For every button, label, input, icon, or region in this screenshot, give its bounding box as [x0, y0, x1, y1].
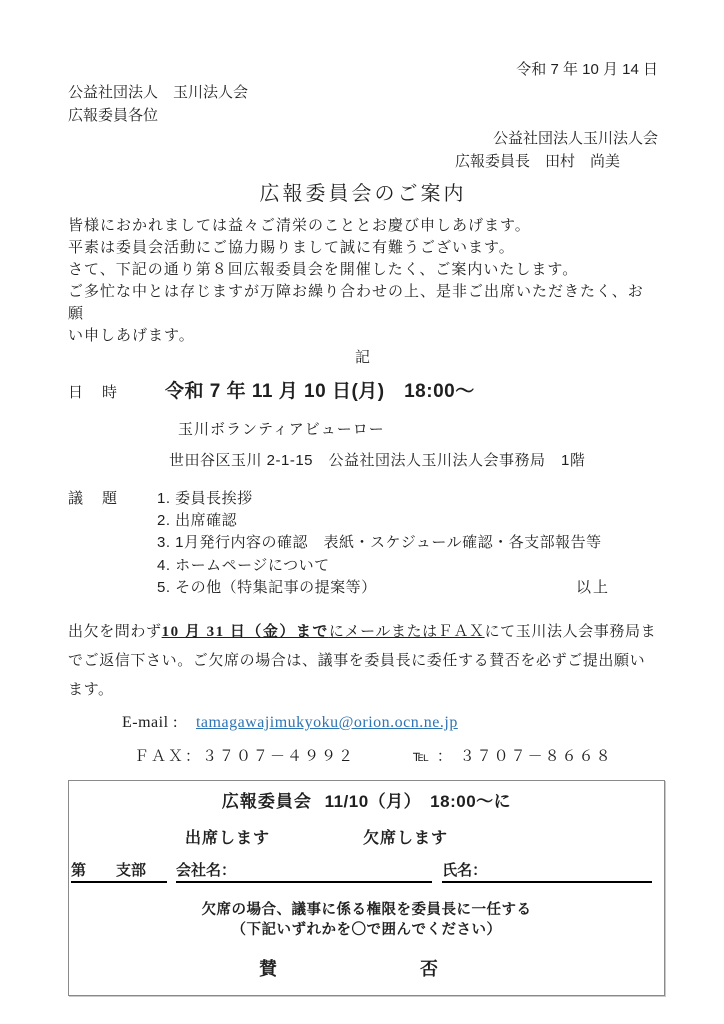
- agenda-item-last: 5. その他（特集記事の提案等） 以上: [157, 577, 658, 599]
- absent-option: 欠席します: [363, 827, 448, 851]
- fax-tel-row: ＦＡＸ：３７０７－４９９２ ℡ ： ３７０７－８６６８: [134, 745, 658, 769]
- person-name-field: 氏名：: [442, 860, 652, 883]
- datetime-row: 日 時 令和 7 年 11 月 10 日(月) 18:00～: [68, 376, 658, 403]
- branch-prefix: 第: [71, 860, 86, 881]
- email-row: E-mail : tamagawajimukyoku@orion.ocn.ne.…: [122, 708, 658, 738]
- agenda-label: 議 題: [68, 488, 157, 599]
- fax-number: ＦＡＸ：３７０７－４９９２: [134, 745, 355, 769]
- greeting-line: 平素は委員会活動にご協力賜りまして誠に有難うございます。: [68, 237, 658, 259]
- attendance-options: 出席します 欠席します: [69, 827, 664, 851]
- rsvp-deadline: 10 月 31 日（金）まで: [162, 624, 329, 640]
- sender-organization: 公益社団法人玉川法人会: [68, 127, 658, 150]
- branch-field: 第 支部: [71, 860, 167, 883]
- addressee: 広報委員各位: [68, 104, 658, 127]
- email-link[interactable]: tamagawajimukyoku@orion.ocn.ne.jp: [196, 714, 458, 731]
- greeting-line: い申しあげます。: [68, 325, 658, 347]
- datetime-label: 日 時: [68, 381, 165, 402]
- venue-name: 玉川ボランティアビューロー: [178, 419, 658, 441]
- sender-title: 広報委員長 田村 尚美: [68, 150, 658, 173]
- datetime-value: 令和 7 年 11 月 10 日(月) 18:00～: [165, 376, 475, 403]
- agenda-list: 1. 委員長挨拶 2. 出席確認 3. 1月発行内容の確認 表紙・スケジュール確…: [157, 488, 658, 599]
- attend-option: 出席します: [185, 827, 270, 851]
- agenda-item: 5. その他（特集記事の提案等）: [157, 577, 377, 599]
- proxy-statement: 欠席の場合、議事に係る権限を委員長に一任する: [69, 900, 664, 920]
- document-date: 令和 7 年 10 月 14 日: [68, 58, 658, 81]
- email-label: E-mail :: [122, 714, 178, 731]
- greeting-paragraph: 皆様におかれましては益々ご清栄のこととお慶び申しあげます。 平素は委員会活動にご…: [68, 215, 658, 347]
- reply-form-box: 広報委員会 11/10（月） 18:00～に 出席します 欠席します 第 支部 …: [68, 780, 665, 996]
- rsvp-paragraph: 出欠を問わず10 月 31 日（金）までにメールまたはＦＡＸにて玉川法人会事務局…: [68, 618, 658, 705]
- ki-marker: 記: [68, 347, 658, 369]
- agenda-item: 4. ホームページについて: [157, 555, 658, 577]
- vote-options: 賛 否: [69, 956, 664, 982]
- rsvp-methods: にメールまたはＦＡＸ: [329, 624, 485, 640]
- agenda-item: 2. 出席確認: [157, 510, 658, 532]
- agenda-closing: 以上: [576, 577, 658, 599]
- approve-option: 賛: [259, 956, 277, 982]
- rsvp-prefix: 出欠を問わず: [68, 624, 162, 640]
- name-label: 氏名：: [442, 862, 487, 879]
- branch-suffix: 支部: [116, 860, 146, 881]
- company-name-field: 会社名：: [176, 860, 432, 883]
- addressee-organization: 公益社団法人 玉川法人会: [68, 81, 658, 104]
- agenda-item: 3. 1月発行内容の確認 表紙・スケジュール確認・各支部報告等: [157, 532, 658, 554]
- document-title: 広報委員会のご案内: [68, 180, 658, 208]
- tel-number: ℡ ： ３７０７－８６６８: [413, 745, 613, 769]
- reply-box-datetime: 11/10（月） 18:00～に: [325, 792, 512, 811]
- greeting-line: さて、下記の通り第８回広報委員会を開催したく、ご案内いたします。: [68, 259, 658, 281]
- branch-number-blank: [86, 860, 116, 881]
- agenda-section: 議 題 1. 委員長挨拶 2. 出席確認 3. 1月発行内容の確認 表紙・スケジ…: [68, 488, 658, 599]
- greeting-line: ご多忙な中とは存じますが万障お繰り合わせの上、是非ご出席いただきたく、お願: [68, 281, 658, 325]
- company-label: 会社名：: [176, 862, 236, 879]
- proxy-instruction: （下記いずれかを〇で囲んでください）: [69, 920, 664, 940]
- document-page: 令和 7 年 10 月 14 日 公益社団法人 玉川法人会 広報委員各位 公益社…: [0, 0, 724, 1024]
- reply-box-header: 広報委員会 11/10（月） 18:00～に: [69, 790, 664, 814]
- member-info-line: 第 支部 会社名： 氏名：: [69, 860, 664, 883]
- agenda-item: 1. 委員長挨拶: [157, 488, 658, 510]
- venue-address: 世田谷区玉川 2-1-15 公益社団法人玉川法人会事務局 1階: [169, 450, 658, 472]
- greeting-line: 皆様におかれましては益々ご清栄のこととお慶び申しあげます。: [68, 215, 658, 237]
- reject-option: 否: [420, 956, 438, 982]
- reply-box-title: 広報委員会: [222, 792, 312, 811]
